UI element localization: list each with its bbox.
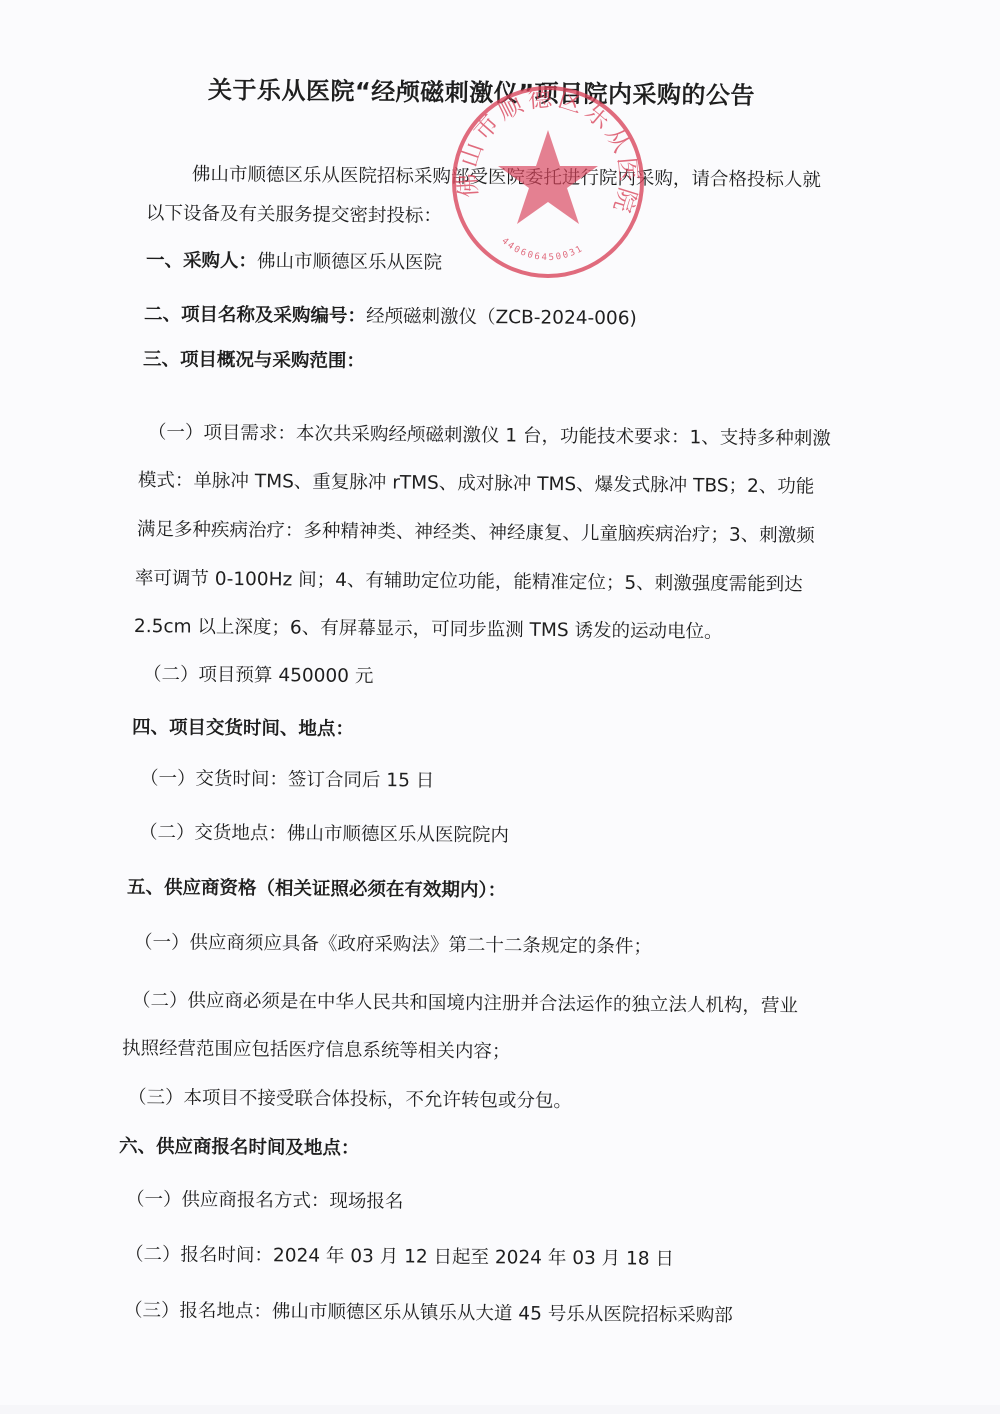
stamp-code: 440606450031: [499, 236, 585, 263]
project-budget: （二）项目预算 450000 元: [143, 660, 374, 688]
section-3-line-1: （一）项目需求：本次共采购经颅磁刺激仪 1 台，功能技术要求：1、支持多种刺激: [148, 418, 831, 451]
section-6-heading: 六、供应商报名时间及地点：: [119, 1132, 360, 1160]
qualification-1: （一）供应商须应具备《政府采购法》第二十二条规定的条件；: [134, 928, 652, 959]
section-1-heading: 一、采购人：: [146, 250, 257, 272]
section-3-line-2: 模式：单脉冲 TMS、重复脉冲 rTMS、成对脉冲 TMS、爆发式脉冲 TBS；…: [138, 466, 815, 498]
qualification-2-line-2: 执照经营范围应包括医疗信息系统等相关内容；: [122, 1034, 511, 1063]
delivery-time: （一）交货时间：签订合同后 15 日: [140, 764, 435, 793]
section-1: 一、采购人：佛山市顺德区乐从医院: [146, 246, 442, 275]
document-page: 关于乐从医院“经颅磁刺激仪”项目院内采购的公告 佛山市顺德区乐从医院招标采购部受…: [0, 0, 1000, 1405]
section-2: 二、项目名称及采购编号：经颅磁刺激仪（ZCB-2024-006): [144, 300, 637, 330]
intro-paragraph-line-1: 佛山市顺德区乐从医院招标采购部受医院委托进行院内采购，请合格投标人就: [192, 160, 821, 192]
registration-time: （二）报名时间：2024 年 03 月 12 日起至 2024 年 03 月 1…: [125, 1240, 674, 1271]
section-3-line-5: 2.5cm 以上深度；6、有屏幕显示，可同步监测 TMS 诱发的运动电位。: [134, 612, 723, 644]
qualification-2-line-1: （二）供应商必须是在中华人民共和国境内注册并合法运作的独立法人机构，营业: [132, 986, 798, 1018]
qualification-3: （三）本项目不接受联合体投标，不允许转包或分包。: [128, 1083, 572, 1113]
project-name-value: 经颅磁刺激仪（ZCB-2024-006): [366, 306, 637, 329]
delivery-location: （二）交货地点：佛山市顺德区乐从医院院内: [139, 818, 509, 847]
section-5-heading: 五、供应商资格（相关证照必须在有效期内）：: [127, 873, 506, 902]
section-2-heading: 二、项目名称及采购编号：: [144, 304, 366, 327]
purchaser-value: 佛山市顺德区乐从医院: [257, 251, 442, 274]
section-3-line-4: 率可调节 0-100Hz 间；4、有辅助定位功能，能精准定位；5、刺激强度需能到…: [135, 564, 803, 596]
intro-paragraph-line-2: 以下设备及有关服务提交密封投标：: [146, 199, 442, 228]
registration-location: （三）报名地点：佛山市顺德区乐从镇乐从大道 45 号乐从医院招标采购部: [124, 1296, 733, 1327]
document-title: 关于乐从医院“经颅磁刺激仪”项目院内采购的公告: [208, 70, 848, 112]
section-3-line-3: 满足多种疾病治疗：多种精神类、神经类、神经康复、儿童脑疾病治疗；3、刺激频: [137, 515, 815, 548]
section-4-heading: 四、项目交货时间、地点：: [132, 713, 354, 741]
section-3-heading: 三、项目概况与采购范围：: [143, 345, 365, 373]
registration-method: （一）供应商报名方式：现场报名: [126, 1185, 404, 1213]
